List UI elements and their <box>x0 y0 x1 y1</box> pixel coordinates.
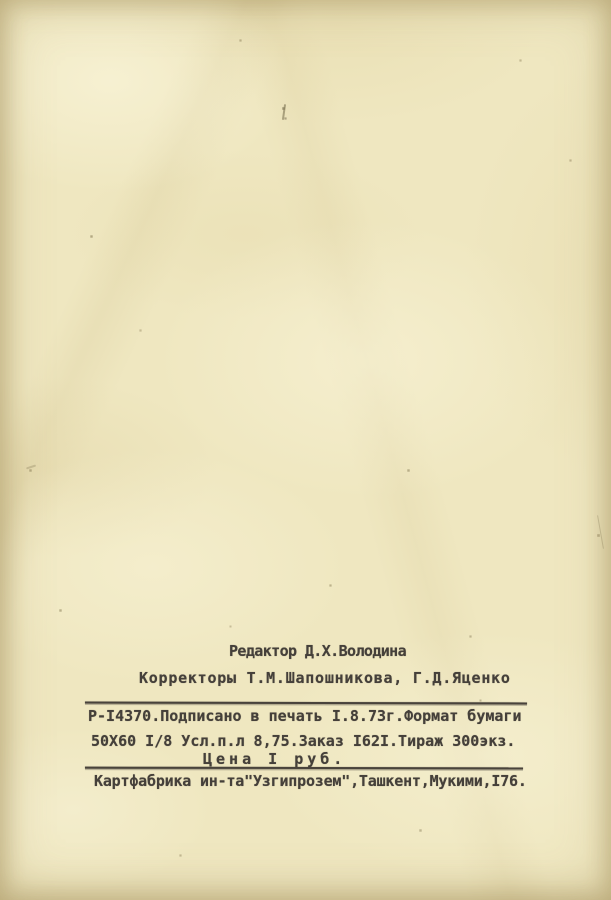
price-line: Цена I руб. <box>203 752 346 767</box>
paper-specks <box>0 0 1 1</box>
editor-line: Редактор Д.Х.Володина <box>229 644 406 659</box>
imprint-line-2: 50Х60 I/8 Усл.п.л 8,75.Заказ I62I.Тираж … <box>91 734 515 749</box>
printer-line: Картфабрика ин-та"Узгипрозем",Ташкент,Му… <box>94 774 527 789</box>
proofreaders-line: Корректоры Т.М.Шапошникова, Г.Д.Яценко <box>139 671 511 686</box>
imprint-line-1: Р-I4370.Подписано в печать I.8.73г.Форма… <box>88 709 521 724</box>
scanned-page: Редактор Д.Х.Володина Корректоры Т.М.Шап… <box>0 0 611 900</box>
